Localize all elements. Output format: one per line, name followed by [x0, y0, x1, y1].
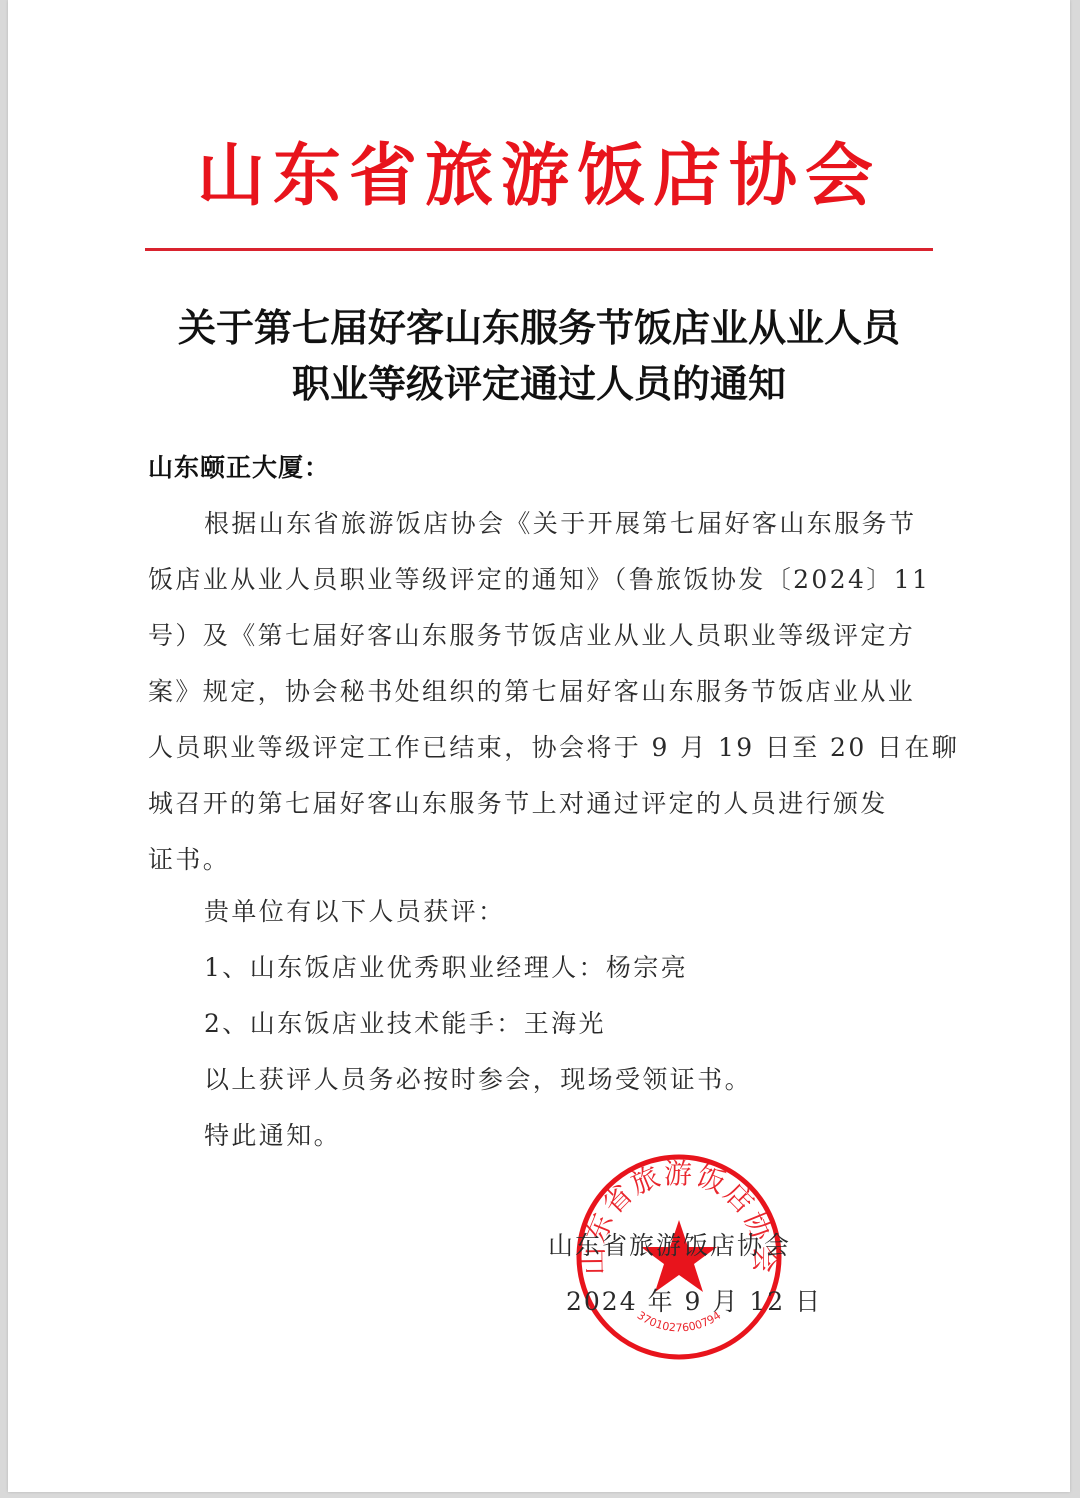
signing-org: 山东省旅游饭店协会 — [548, 1218, 822, 1274]
attendance-reminder: 以上获评人员务必按时参会，现场受领证书。 — [148, 1052, 938, 1108]
signature-block: 山东省旅游饭店协会 2024 年 9 月 12 日 — [548, 1218, 822, 1330]
header-divider — [145, 248, 933, 251]
recipient: 山东颐正大厦： — [148, 440, 938, 496]
org-header: 山东省旅游饭店协会 — [8, 136, 1070, 216]
main-paragraph: 根据山东省旅游饭店协会《关于开展第七届好客山东服务节 饭店业从业人员职业等级评定… — [148, 496, 938, 888]
document-page: 山东省旅游饭店协会 关于第七届好客山东服务节饭店业从业人员 职业等级评定通过人员… — [8, 0, 1070, 1492]
paragraph-line: 根据山东省旅游饭店协会《关于开展第七届好客山东服务节 — [148, 496, 938, 552]
paragraph-line: 案》规定，协会秘书处组织的第七届好客山东服务节饭店业从业 — [148, 664, 938, 720]
paragraph-line: 人员职业等级评定工作已结束，协会将于 9 月 19 日至 20 日在聊 — [148, 720, 938, 776]
document-title: 关于第七届好客山东服务节饭店业从业人员 职业等级评定通过人员的通知 — [8, 300, 1070, 412]
paragraph-line: 号）及《第七届好客山东服务节饭店业从业人员职业等级评定方 — [148, 608, 938, 664]
award-section: 贵单位有以下人员获评： 1、山东饭店业优秀职业经理人：杨宗亮 2、山东饭店业技术… — [148, 884, 938, 1164]
closing-text: 特此通知。 — [148, 1108, 938, 1164]
award-item: 2、山东饭店业技术能手：王海光 — [148, 996, 938, 1052]
title-line: 职业等级评定通过人员的通知 — [8, 356, 1070, 412]
paragraph-line: 城召开的第七届好客山东服务节上对通过评定的人员进行颁发 — [148, 776, 938, 832]
paragraph-line: 证书。 — [148, 832, 938, 888]
title-line: 关于第七届好客山东服务节饭店业从业人员 — [8, 300, 1070, 356]
award-intro: 贵单位有以下人员获评： — [148, 884, 938, 940]
signing-date: 2024 年 9 月 12 日 — [548, 1274, 822, 1330]
award-item: 1、山东饭店业优秀职业经理人：杨宗亮 — [148, 940, 938, 996]
paragraph-line: 饭店业从业人员职业等级评定的通知》（鲁旅饭协发〔2024〕11 — [148, 552, 938, 608]
